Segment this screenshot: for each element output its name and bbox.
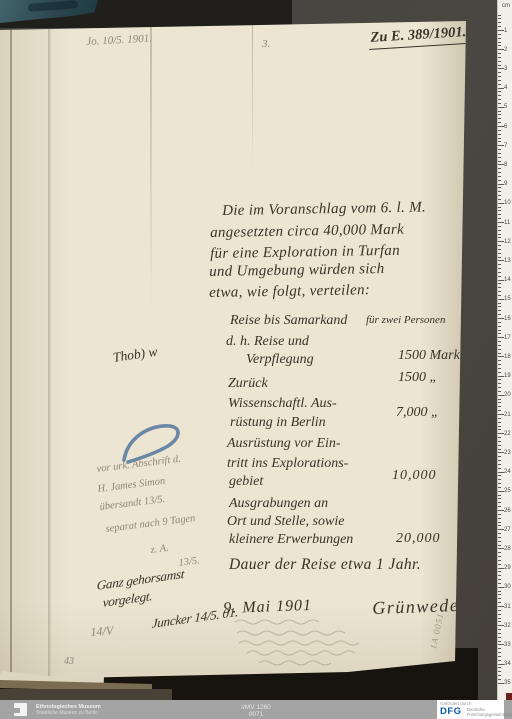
- ruler-tick: [498, 402, 501, 403]
- ruler-tick: [498, 68, 504, 69]
- ruler-tick: [498, 349, 501, 350]
- ruler-tick: [498, 587, 504, 588]
- manuscript-page: Jo. 10/5. 1901. 3. Zu E. 389/1901. Die i…: [0, 0, 512, 719]
- ruler: cm 1234567891011121314151617181920212223…: [497, 0, 512, 719]
- ruler-tick: [498, 506, 501, 507]
- ruler-number: 17: [504, 335, 512, 341]
- ruler-tick: [498, 95, 501, 96]
- ruler-tick: [498, 333, 501, 334]
- ruler-tick: [498, 675, 501, 676]
- ruler-number: 26: [504, 508, 512, 514]
- ruler-tick: [498, 387, 501, 388]
- ruler-number: 19: [504, 373, 512, 379]
- ledger-line: Verpflegung: [246, 352, 314, 368]
- ruler-tick: [498, 118, 501, 119]
- paraph-mark: Thob) w: [112, 344, 158, 366]
- ruler-tick: [498, 65, 501, 66]
- ruler-tick: [498, 641, 501, 642]
- ruler-number: 16: [504, 316, 512, 322]
- ruler-tick: [498, 341, 501, 342]
- ruler-number: 28: [504, 546, 512, 552]
- ruler-tick: [498, 214, 501, 215]
- ruler-tick: [498, 429, 501, 430]
- ruler-tick: [498, 356, 504, 357]
- ruler-tick: [498, 22, 501, 23]
- ruler-tick: [498, 145, 504, 146]
- ruler-tick: [498, 364, 501, 365]
- ruler-tick: [498, 326, 501, 327]
- ruler-number: 24: [504, 469, 512, 475]
- body-line: und Umgebung würden sich: [209, 261, 385, 281]
- ruler-number: 35: [504, 680, 512, 686]
- ledger-line: rüstung in Berlin: [230, 415, 326, 431]
- ruler-tick: [498, 656, 501, 657]
- ruler-tick: [498, 575, 501, 576]
- ruler-tick: [498, 45, 501, 46]
- ruler-number: 23: [504, 450, 512, 456]
- ledger-amount: 1500 „: [398, 370, 437, 386]
- ledger-line: gebiet: [229, 474, 263, 490]
- ruler-tick: [498, 495, 501, 496]
- folio-number: 3.: [262, 38, 270, 50]
- ruler-tick: [498, 510, 504, 511]
- margin-note: H. James Simon: [97, 476, 166, 495]
- ledger-line-note: für zwei Personen: [366, 314, 445, 326]
- body-line: Die im Voranschlag vom 6. l. M.: [222, 199, 426, 220]
- ruler-number: 18: [504, 354, 512, 360]
- ruler-tick: [498, 257, 501, 258]
- gutter-line: [48, 28, 51, 676]
- ruler-tick: [498, 379, 501, 380]
- ruler-tick: [498, 560, 501, 561]
- crease-line: [252, 23, 253, 173]
- ruler-tick: [498, 514, 501, 515]
- ruler-tick: [498, 464, 501, 465]
- ledger-line: Zurück: [228, 376, 268, 392]
- ruler-tick: [498, 80, 501, 81]
- ruler-tick: [498, 134, 501, 135]
- ruler-tick: [498, 441, 501, 442]
- ruler-tick: [498, 537, 501, 538]
- museum-logo-notch: [14, 708, 20, 713]
- ruler-tick: [498, 541, 501, 542]
- crease-line: [150, 26, 152, 316]
- ruler-tick: [498, 368, 501, 369]
- ledger-line: tritt ins Explorations-: [227, 456, 348, 472]
- ruler-tick: [498, 180, 501, 181]
- dfg-wordmark: DFG: [440, 706, 462, 717]
- ruler-number: 25: [504, 488, 512, 494]
- ruler-tick: [498, 648, 501, 649]
- ruler-tick: [498, 598, 501, 599]
- ruler-tick: [498, 176, 501, 177]
- ruler-tick: [498, 57, 501, 58]
- ruler-tick: [498, 522, 501, 523]
- ruler-number: 1: [504, 28, 512, 34]
- ruler-tick: [498, 264, 501, 265]
- margin-note: 13/5.: [178, 555, 200, 569]
- ruler-tick: [498, 295, 501, 296]
- ruler-tick: [498, 187, 501, 188]
- ruler-tick: [498, 533, 501, 534]
- ruler-tick: [498, 76, 501, 77]
- ruler-tick: [498, 141, 501, 142]
- ledger-line: Ausgrabungen an: [229, 496, 328, 512]
- ruler-tick: [498, 468, 501, 469]
- ruler-tick: [498, 618, 501, 619]
- ruler-tick: [498, 452, 504, 453]
- ruler-tick: [498, 230, 501, 231]
- ruler-tick: [498, 49, 504, 50]
- ruler-tick: [498, 376, 504, 377]
- foliation-number: 43: [64, 656, 74, 667]
- ruler-tick: [498, 38, 501, 39]
- received-note: Jo. 10/5. 1901.: [86, 33, 152, 48]
- ruler-tick: [498, 491, 504, 492]
- ruler-tick: [498, 552, 501, 553]
- ruler-tick: [498, 234, 501, 235]
- ruler-tick: [498, 291, 501, 292]
- ledger-line: kleinere Erwerbungen: [229, 532, 353, 548]
- ruler-number: 7: [504, 143, 512, 149]
- ruler-tick: [498, 172, 501, 173]
- ruler-tick: [498, 383, 501, 384]
- ruler-tick: [498, 91, 501, 92]
- gutter-line: [10, 28, 12, 676]
- ledger-amount: 7,000 „: [396, 405, 439, 421]
- ruler-tick: [498, 53, 501, 54]
- margin-note: z. A.: [150, 543, 169, 556]
- ruler-tick: [498, 406, 501, 407]
- ruler-number: 5: [504, 104, 512, 110]
- ruler-tick: [498, 222, 504, 223]
- ruler-tick: [498, 644, 504, 645]
- ruler-tick: [498, 245, 501, 246]
- ledger-amount: 1500 Mark: [398, 348, 460, 364]
- ruler-tick: [498, 345, 501, 346]
- date-stamp: 14/V: [90, 623, 114, 640]
- ruler-tick: [498, 637, 501, 638]
- ruler-tick: [498, 330, 501, 331]
- ruler-tick: [498, 283, 501, 284]
- ruler-number: 13: [504, 258, 512, 264]
- ruler-tick: [498, 164, 504, 165]
- ruler-tick: [498, 579, 501, 580]
- ruler-tick: [498, 280, 504, 281]
- body-line: etwa, wie folgt, verteilen:: [209, 282, 370, 302]
- ruler-tick: [498, 456, 501, 457]
- ruler-number: 27: [504, 527, 512, 533]
- ruler-tick: [498, 614, 501, 615]
- ruler-tick: [498, 671, 501, 672]
- ruler-tick: [498, 337, 504, 338]
- ruler-number: 2: [504, 47, 512, 53]
- body-line: für eine Exploration in Turfan: [210, 243, 400, 263]
- ruler-number: 32: [504, 623, 512, 629]
- ruler-tick: [498, 610, 501, 611]
- ruler-tick: [498, 652, 501, 653]
- ruler-tick: [498, 621, 501, 622]
- ruler-tick: [498, 107, 504, 108]
- ruler-number: 22: [504, 431, 512, 437]
- file-reference-text: Zu E. 389/1901.: [370, 24, 467, 46]
- ruler-number: 12: [504, 239, 512, 245]
- ruler-tick: [498, 395, 504, 396]
- ruler-tick: [498, 88, 504, 89]
- ruler-tick: [498, 161, 501, 162]
- ruler-number: 9: [504, 181, 512, 187]
- ruler-tick: [498, 414, 504, 415]
- ruler-tick: [498, 399, 501, 400]
- ruler-tick: [498, 30, 504, 31]
- ruler-tick: [498, 353, 501, 354]
- ruler-scale: 1234567891011121314151617181920212223242…: [498, 0, 512, 719]
- ruler-number: 3: [504, 66, 512, 72]
- ruler-tick: [498, 660, 501, 661]
- ruler-number: 33: [504, 642, 512, 648]
- ruler-tick: [498, 153, 501, 154]
- ruler-tick: [498, 479, 501, 480]
- ruler-tick: [498, 303, 501, 304]
- ruler-tick: [498, 422, 501, 423]
- ruler-number: 30: [504, 584, 512, 590]
- ruler-tick: [498, 591, 501, 592]
- ruler-tick: [498, 122, 501, 123]
- ruler-tick: [498, 241, 504, 242]
- ledger-line: Ort und Stelle, sowie: [227, 514, 344, 530]
- ruler-tick: [498, 42, 501, 43]
- ledger-amount: 10,000: [392, 468, 437, 484]
- ruler-tick: [498, 103, 501, 104]
- ledger-line: Reise bis Samarkand: [230, 313, 347, 329]
- ruler-tick: [498, 203, 504, 204]
- ruler-number: 20: [504, 392, 512, 398]
- ruler-tick: [498, 583, 501, 584]
- ruler-tick: [498, 276, 501, 277]
- ruler-tick: [498, 61, 501, 62]
- ruler-tick: [498, 72, 501, 73]
- ruler-tick: [498, 184, 504, 185]
- ruler-number: 15: [504, 296, 512, 302]
- page-stack-edge: [0, 689, 172, 700]
- ruler-tick: [498, 433, 504, 434]
- ruler-tick: [498, 210, 501, 211]
- ruler-tick: [498, 272, 501, 273]
- museum-org: Staatliche Museen zu Berlin: [36, 711, 98, 716]
- ruler-tick: [498, 449, 501, 450]
- ruler-tick: [498, 15, 501, 16]
- ruler-tick: [498, 571, 501, 572]
- ruler-tick: [498, 564, 501, 565]
- ledger-amount: 20,000: [396, 531, 441, 547]
- ruler-number: 29: [504, 565, 512, 571]
- ruler-tick: [498, 679, 501, 680]
- ruler-tick: [498, 629, 501, 630]
- ruler-tick: [498, 253, 501, 254]
- ruler-tick: [498, 310, 501, 311]
- ruler-tick: [498, 472, 504, 473]
- ledger-line: d. h. Reise und: [226, 334, 309, 350]
- ruler-tick: [498, 602, 501, 603]
- ruler-tick: [498, 249, 501, 250]
- ruler-tick: [498, 34, 501, 35]
- ruler-tick: [498, 525, 501, 526]
- ruler-number: 6: [504, 124, 512, 130]
- ruler-number: 10: [504, 200, 512, 206]
- ruler-tick: [498, 157, 501, 158]
- ruler-tick: [498, 518, 501, 519]
- ruler-tick: [498, 625, 504, 626]
- ruler-tick: [498, 426, 501, 427]
- ruler-number: 34: [504, 661, 512, 667]
- ledger-line: Ausrüstung vor Ein-: [227, 436, 341, 452]
- ruler-tick: [498, 391, 501, 392]
- image-number: 0071: [196, 711, 316, 718]
- ruler-number: 11: [504, 220, 512, 226]
- ruler-tick: [498, 199, 501, 200]
- ruler-tick: [498, 84, 501, 85]
- ruler-tick: [498, 111, 501, 112]
- ruler-tick: [498, 683, 504, 684]
- ruler-tick: [498, 318, 504, 319]
- archive-footer-bar: Ethnologisches Museum Staatliche Museen …: [0, 700, 512, 719]
- ruler-tick: [498, 664, 504, 665]
- ruler-tick: [498, 18, 501, 19]
- ruler-tick: [498, 268, 501, 269]
- ruler-tick: [498, 360, 501, 361]
- faint-pencil-scribbles: [233, 616, 411, 670]
- ruler-tick: [498, 556, 501, 557]
- ruler-tick: [498, 130, 501, 131]
- ruler-number: 31: [504, 604, 512, 610]
- ruler-number: 4: [504, 85, 512, 91]
- ruler-tick: [498, 99, 501, 100]
- ruler-number: 14: [504, 277, 512, 283]
- ruler-tick: [498, 372, 501, 373]
- ruler-number: 8: [504, 162, 512, 168]
- ledger-line: Wissenschaftl. Aus-: [228, 396, 337, 412]
- ruler-tick: [498, 502, 501, 503]
- body-line: angesetzten circa 40,000 Mark: [210, 222, 404, 242]
- ruler-tick: [498, 545, 501, 546]
- ruler-tick: [498, 191, 501, 192]
- ruler-tick: [498, 633, 501, 634]
- ruler-tick: [498, 168, 501, 169]
- ruler-tick: [498, 483, 501, 484]
- ruler-tick: [498, 548, 504, 549]
- ruler-tick: [498, 195, 501, 196]
- ruler-tick: [498, 207, 501, 208]
- scan-canvas: Jo. 10/5. 1901. 3. Zu E. 389/1901. Die i…: [0, 0, 512, 719]
- margin-note: übersandt 13/5.: [99, 494, 166, 513]
- ruler-tick: [498, 594, 501, 595]
- ruler-tick: [498, 475, 501, 476]
- ruler-tick: [498, 667, 501, 668]
- ruler-tick: [498, 226, 501, 227]
- ruler-tick: [498, 445, 501, 446]
- museum-logo-icon: [14, 703, 27, 716]
- ruler-tick: [498, 138, 501, 139]
- ruler-tick: [498, 606, 504, 607]
- ruler-tick: [498, 498, 501, 499]
- ruler-tick: [498, 418, 501, 419]
- duration-line: Dauer der Reise etwa 1 Jahr.: [229, 556, 421, 574]
- ruler-tick: [498, 322, 501, 323]
- ruler-tick: [498, 299, 504, 300]
- ruler-tick: [498, 237, 501, 238]
- ruler-tick: [498, 26, 501, 27]
- ruler-tick: [498, 529, 504, 530]
- ruler-tick: [498, 287, 501, 288]
- shelfmark: I/MV 1260: [196, 704, 316, 711]
- ruler-tick: [498, 314, 501, 315]
- ruler-tick: [498, 487, 501, 488]
- ruler-tick: [498, 149, 501, 150]
- ruler-tick: [498, 306, 501, 307]
- ruler-tick: [498, 114, 501, 115]
- funder-name: Forschungsgemeinschaft: [467, 712, 512, 717]
- ruler-tick: [498, 460, 501, 461]
- dfg-logo-box: Gefördert durch DFG Deutsche Forschungsg…: [437, 700, 504, 719]
- ruler-tick: [498, 437, 501, 438]
- ruler-tick: [498, 126, 504, 127]
- margin-note: separat nach 9 Tagen: [105, 513, 196, 535]
- ruler-number: 21: [504, 412, 512, 418]
- ruler-tick: [498, 568, 504, 569]
- ruler-tick: [498, 260, 504, 261]
- ruler-tick: [498, 410, 501, 411]
- ruler-tick: [498, 218, 501, 219]
